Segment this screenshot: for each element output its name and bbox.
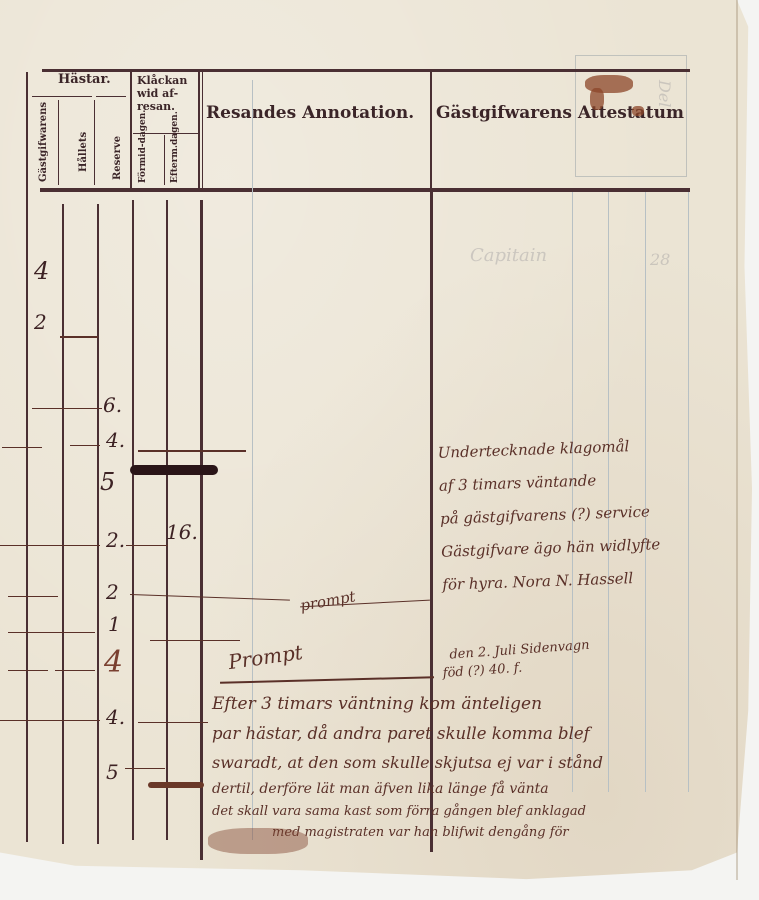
column-line bbox=[26, 192, 28, 842]
header-left-border bbox=[26, 72, 28, 192]
header-col-gastgifwarens: Gästgifwarens bbox=[38, 102, 49, 182]
dash-stroke bbox=[126, 545, 168, 546]
pencil-ruling bbox=[688, 192, 689, 792]
entry-reserve-overwritten: 4 bbox=[104, 645, 123, 680]
dash-stroke bbox=[70, 445, 100, 446]
main-note-line: swaradt, at den som skulle skjutsa ej va… bbox=[212, 748, 603, 777]
bleedthrough-number: 28 bbox=[650, 250, 670, 269]
klockan-line2: wid af- bbox=[137, 87, 187, 100]
ink-smear bbox=[148, 782, 204, 788]
entry-reserve: 5 bbox=[106, 760, 119, 784]
dash-stroke bbox=[60, 336, 98, 338]
entry-reserve: 4. bbox=[106, 705, 125, 729]
hastar-subrule-2 bbox=[62, 96, 92, 97]
hastar-subrule-3 bbox=[96, 96, 126, 97]
dash-stroke bbox=[0, 545, 100, 546]
main-note: Efter 3 timars väntning kom änteligen pa… bbox=[212, 690, 603, 843]
header-divider bbox=[430, 72, 432, 188]
header-col-eftermiddagen: Efterm.dagen. bbox=[170, 137, 180, 183]
header-bottom-rule bbox=[40, 188, 690, 192]
header-col-formiddagen: Förmid-dagen. bbox=[138, 137, 148, 183]
ink-blot bbox=[130, 465, 218, 475]
dash-stroke bbox=[8, 670, 48, 671]
header-divider bbox=[164, 135, 165, 185]
header-top-rule bbox=[42, 69, 690, 72]
dash-stroke bbox=[8, 596, 58, 597]
header-divider bbox=[198, 72, 200, 188]
ink-smear bbox=[208, 828, 308, 854]
main-note-line: Efter 3 timars väntning kom änteligen bbox=[212, 690, 603, 719]
ink-stain bbox=[632, 106, 644, 116]
dash-stroke bbox=[0, 720, 100, 721]
dash-stroke bbox=[150, 640, 240, 641]
entry-reserve: 1 bbox=[108, 612, 121, 636]
dash-stroke bbox=[138, 722, 208, 723]
dash-stroke bbox=[55, 632, 95, 633]
header-klockan-title: Klåckan wid af- resan. bbox=[137, 74, 187, 113]
header-divider bbox=[58, 100, 59, 185]
header-col-hallets: Hållets bbox=[78, 112, 89, 172]
bleedthrough-text: Capitain bbox=[470, 245, 547, 266]
entry-gastgifwarens: 4 bbox=[34, 257, 49, 285]
header-resandes-annotation: Resandes Annotation. bbox=[206, 103, 414, 123]
dash-stroke bbox=[55, 670, 95, 671]
entry-eftermiddagen: 16. bbox=[166, 520, 198, 544]
column-line-thick bbox=[200, 200, 203, 860]
dash-stroke bbox=[125, 768, 165, 769]
page-fold-edge bbox=[736, 0, 738, 880]
entry-reserve: 2. bbox=[106, 528, 125, 552]
dash-stroke bbox=[138, 450, 246, 452]
dash-stroke bbox=[32, 408, 102, 409]
klockan-line1: Klåckan bbox=[137, 74, 187, 87]
column-line bbox=[97, 204, 99, 844]
attestatum-text: Undertecknade klagomål af 3 timars vänta… bbox=[437, 429, 662, 602]
main-note-line: det skall vara sama kast som förra gånge… bbox=[212, 801, 603, 823]
header-divider bbox=[94, 100, 95, 185]
column-line bbox=[62, 204, 64, 844]
entry-reserve: 5 bbox=[100, 468, 115, 496]
main-note-line: dertil, derföre lät man äfven lika länge… bbox=[212, 777, 603, 801]
entry-gastgifwarens: 2 bbox=[34, 310, 47, 334]
main-note-line: par hästar, då andra paret skulle komma … bbox=[212, 719, 603, 748]
entry-reserve: 4. bbox=[106, 428, 125, 452]
dash-stroke bbox=[8, 632, 58, 633]
header-divider bbox=[130, 72, 132, 188]
entry-reserve: 6. bbox=[103, 393, 122, 417]
header-hastar-title: Hästar. bbox=[58, 72, 111, 87]
entry-reserve: 2 bbox=[106, 580, 119, 604]
dash-stroke bbox=[2, 447, 42, 448]
header-col-reserve: Reserve bbox=[112, 120, 123, 180]
header-divider-thin bbox=[202, 72, 203, 188]
column-line bbox=[132, 200, 134, 840]
ink-stain bbox=[590, 88, 604, 110]
header-gastgifwarens-attestatum: Gästgifwarens Attestatum bbox=[436, 103, 684, 123]
